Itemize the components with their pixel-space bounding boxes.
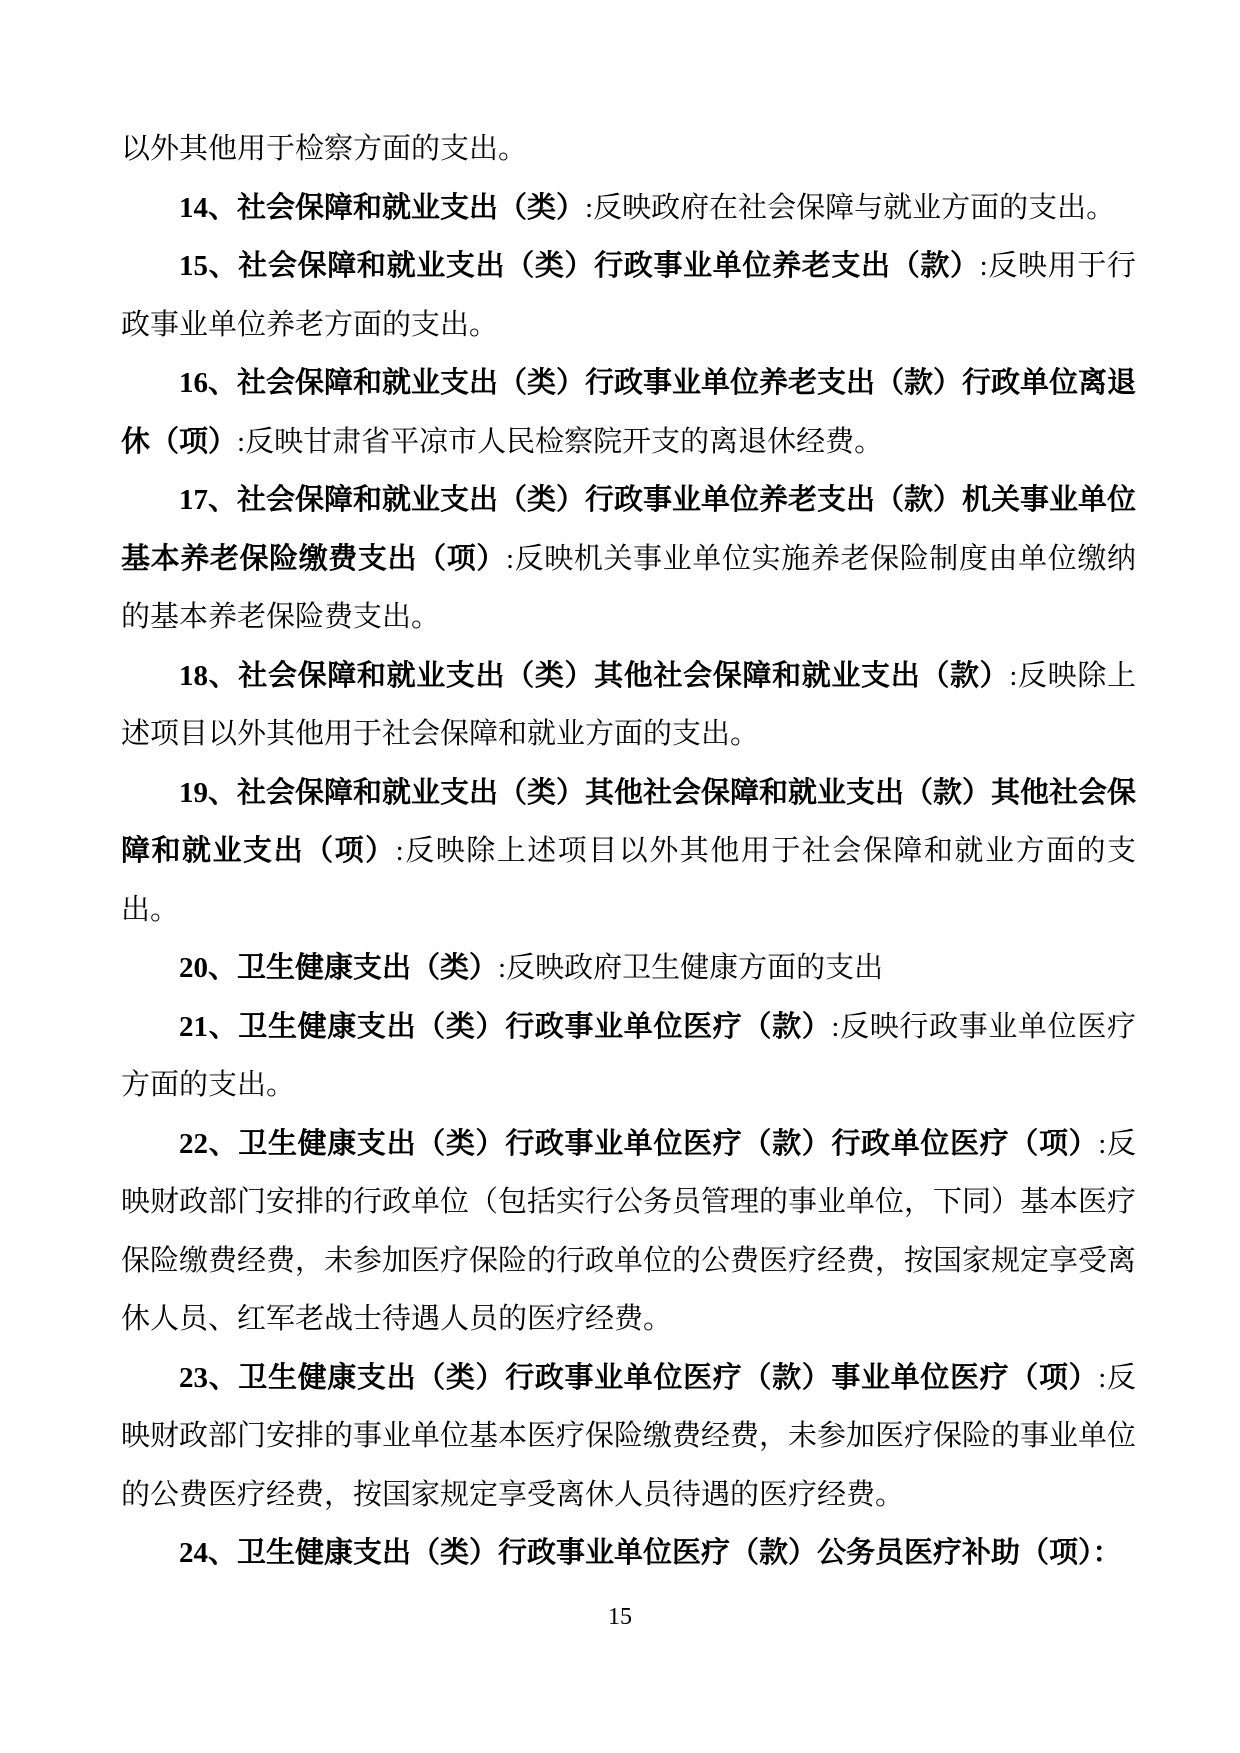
text-segment: :反映政府卫生健康方面的支出 xyxy=(498,952,883,984)
paragraph: 16、社会保障和就业支出（类）行政事业单位养老支出（款）行政单位离退休（项）:反… xyxy=(121,354,1136,471)
heading-segment: 20、卫生健康支出（类） xyxy=(179,952,498,984)
paragraph: 19、社会保障和就业支出（类）其他社会保障和就业支出（款）其他社会保障和就业支出… xyxy=(121,764,1136,940)
paragraph: 18、社会保障和就业支出（类）其他社会保障和就业支出（款）:反映除上述项目以外其… xyxy=(121,647,1136,764)
paragraph: 15、社会保障和就业支出（类）行政事业单位养老支出（款）:反映用于行政事业单位养… xyxy=(121,237,1136,354)
paragraph: 21、卫生健康支出（类）行政事业单位医疗（款）:反映行政事业单位医疗方面的支出。 xyxy=(121,998,1136,1115)
text-segment: 以外其他用于检察方面的支出。 xyxy=(121,133,527,165)
paragraph: 以外其他用于检察方面的支出。 xyxy=(121,120,1136,179)
heading-segment: 23、卫生健康支出（类）行政事业单位医疗（款）事业单位医疗（项） xyxy=(179,1362,1098,1394)
document-body: 以外其他用于检察方面的支出。14、社会保障和就业支出（类）:反映政府在社会保障与… xyxy=(121,120,1136,1583)
paragraph: 22、卫生健康支出（类）行政事业单位医疗（款）行政单位医疗（项）:反映财政部门安… xyxy=(121,1115,1136,1349)
heading-segment: 15、社会保障和就业支出（类）行政事业单位养老支出（款） xyxy=(179,250,980,282)
document-page: 以外其他用于检察方面的支出。14、社会保障和就业支出（类）:反映政府在社会保障与… xyxy=(0,0,1240,1753)
heading-segment: 24、卫生健康支出（类）行政事业单位医疗（款）公务员医疗补助（项）： xyxy=(179,1537,1122,1569)
text-segment: :反映政府在社会保障与就业方面的支出。 xyxy=(585,192,1115,224)
text-segment: :反映甘肃省平凉市人民检察院开支的离退休经费。 xyxy=(237,426,883,458)
heading-segment: 21、卫生健康支出（类）行政事业单位医疗（款） xyxy=(179,1011,831,1043)
paragraph: 14、社会保障和就业支出（类）:反映政府在社会保障与就业方面的支出。 xyxy=(121,179,1136,238)
paragraph: 20、卫生健康支出（类）:反映政府卫生健康方面的支出 xyxy=(121,939,1136,998)
page-number: 15 xyxy=(0,1601,1240,1633)
paragraph: 24、卫生健康支出（类）行政事业单位医疗（款）公务员医疗补助（项）： xyxy=(121,1524,1136,1583)
heading-segment: 18、社会保障和就业支出（类）其他社会保障和就业支出（款） xyxy=(179,660,1009,692)
paragraph: 17、社会保障和就业支出（类）行政事业单位养老支出（款）机关事业单位基本养老保险… xyxy=(121,471,1136,647)
heading-segment: 22、卫生健康支出（类）行政事业单位医疗（款）行政单位医疗（项） xyxy=(179,1128,1098,1160)
heading-segment: 14、社会保障和就业支出（类） xyxy=(179,192,585,224)
paragraph: 23、卫生健康支出（类）行政事业单位医疗（款）事业单位医疗（项）:反映财政部门安… xyxy=(121,1349,1136,1525)
